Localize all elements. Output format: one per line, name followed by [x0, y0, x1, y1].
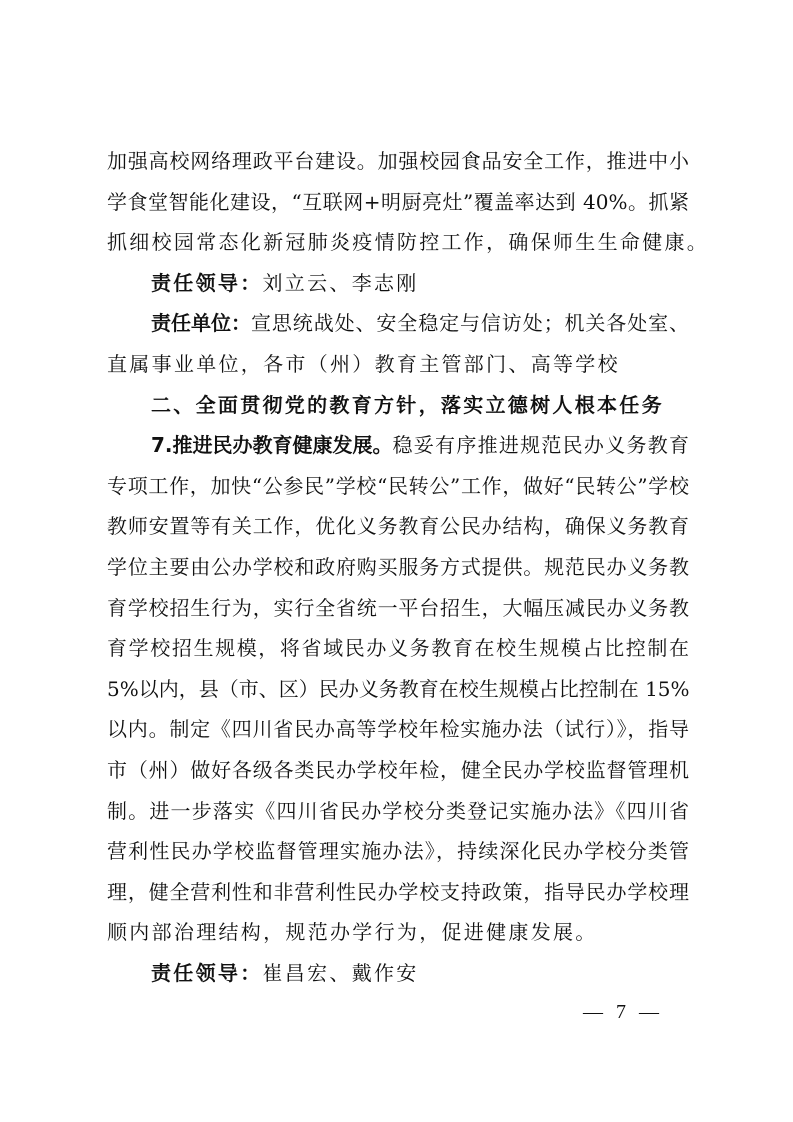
text-line: 直属事业单位，各市（州）教育主管部门、高等学校 [107, 344, 689, 385]
responsible-leaders-value: 刘立云、李志刚 [263, 263, 419, 304]
text-line: 市（州）做好各级各类民办学校年检，健全民办学校监督管理机 [107, 750, 689, 791]
text-line: 5%以内，县（市、区）民办义务教育在校生规模占比控制在 15% [107, 669, 689, 710]
responsible-leaders-label: 责任领导： [151, 263, 263, 304]
text-line: 制。进一步落实《四川省民办学校分类登记实施办法》《四川省 [107, 791, 689, 832]
text-line: 育学校招生行为，实行全省统一平台招生，大幅压减民办义务教 [107, 588, 689, 629]
page-number: — 7 — [583, 1001, 663, 1024]
responsible-leaders-2: 责任领导： 崔昌宏、戴作安 [107, 953, 689, 994]
paragraph-food-safety: 加强高校网络理政平台建设。加强校园食品安全工作，推进中小 学食堂智能化建设，“互… [107, 141, 689, 263]
text-line: 理，健全营利性和非营利性民办学校支持政策，指导民办学校理 [107, 872, 689, 913]
item-7-first-line: 7.推进民办教育健康发展。 稳妥有序推进规范民办义务教育 [107, 425, 689, 466]
item-7-first-line-text: 稳妥有序推进规范民办义务教育 [393, 425, 689, 466]
text-line: 加强高校网络理政平台建设。加强校园食品安全工作，推进中小 [107, 141, 689, 182]
responsible-leaders-1: 责任领导： 刘立云、李志刚 [107, 263, 689, 304]
text-line: 以内。制定《四川省民办高等学校年检实施办法（试行）》，指导 [107, 709, 689, 750]
text-line: 学食堂智能化建设，“互联网+明厨亮灶”覆盖率达到 40%。抓紧 [107, 182, 689, 223]
responsible-units-label: 责任单位： [151, 303, 251, 344]
document-page: 加强高校网络理政平台建设。加强校园食品安全工作，推进中小 学食堂智能化建设，“互… [107, 141, 689, 993]
section-heading: 二、全面贯彻党的教育方针，落实立德树人根本任务 [107, 385, 689, 426]
text-line: 顺内部治理结构，规范办学行为，促进健康发展。 [107, 912, 689, 953]
text-line: 抓细校园常态化新冠肺炎疫情防控工作，确保师生生命健康。 [107, 222, 689, 263]
responsible-units-value: 宣思统战处、安全稳定与信访处；机关各处室、 [251, 303, 689, 344]
item-7-title: 7.推进民办教育健康发展。 [151, 425, 393, 466]
text-line: 教师安置等有关工作，优化义务教育公民办结构，确保义务教育 [107, 506, 689, 547]
text-line: 育学校招生规模，将省域民办义务教育在校生规模占比控制在 [107, 628, 689, 669]
responsible-units-1: 责任单位： 宣思统战处、安全稳定与信访处；机关各处室、 直属事业单位，各市（州）… [107, 303, 689, 384]
text-line: 学位主要由公办学校和政府购买服务方式提供。规范民办义务教 [107, 547, 689, 588]
item-7-paragraph: 7.推进民办教育健康发展。 稳妥有序推进规范民办义务教育 专项工作，加快“公参民… [107, 425, 689, 953]
responsible-leaders-value: 崔昌宏、戴作安 [263, 953, 419, 994]
text-line: 专项工作，加快“公参民”学校“民转公”工作，做好“民转公”学校 [107, 466, 689, 507]
responsible-leaders-label: 责任领导： [151, 953, 263, 994]
responsible-units-line: 责任单位： 宣思统战处、安全稳定与信访处；机关各处室、 [107, 303, 689, 344]
text-line: 营利性民办学校监督管理实施办法》，持续深化民办学校分类管 [107, 831, 689, 872]
